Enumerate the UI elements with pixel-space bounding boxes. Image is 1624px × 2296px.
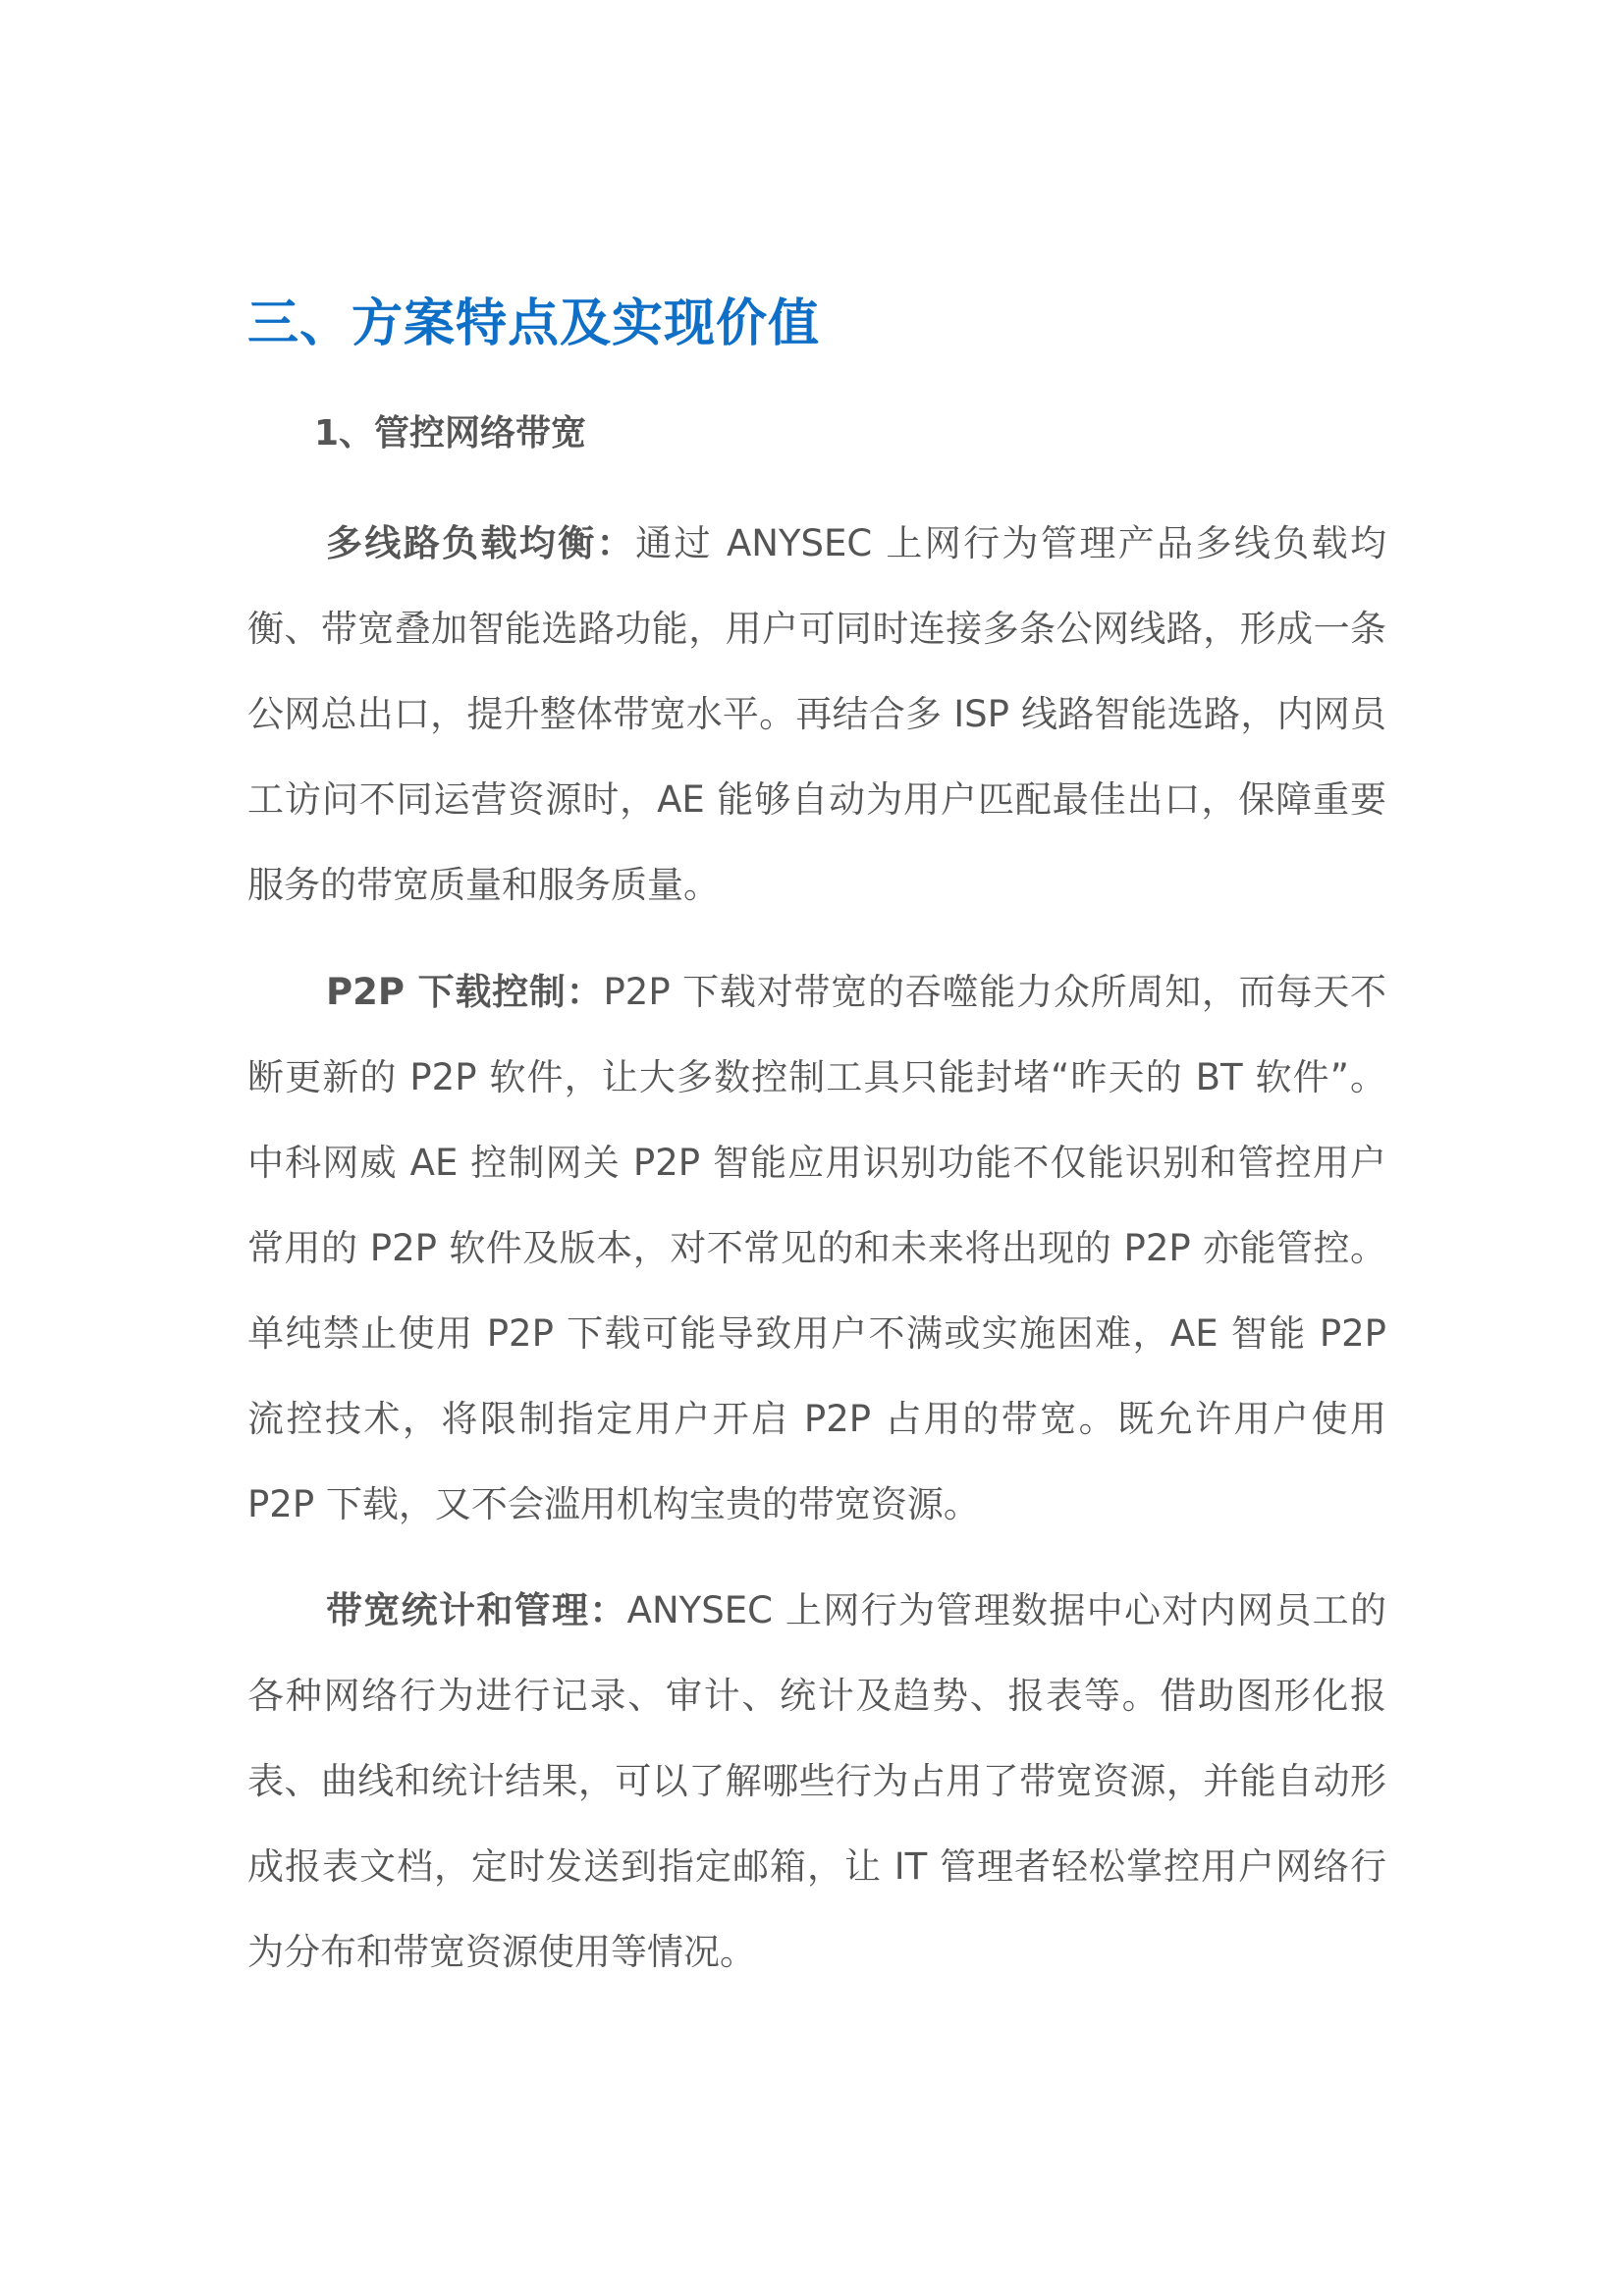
paragraph-text: 通过 ANYSEC 上网行为管理产品多线负载均衡、带宽叠加智能选路功能，用户可同… — [247, 522, 1386, 906]
paragraph-multi-line-load-balancing: 多线路负载均衡：通过 ANYSEC 上网行为管理产品多线负载均衡、带宽叠加智能选… — [247, 501, 1386, 928]
subsection-title: 1、管控网络带宽 — [314, 410, 586, 457]
section-title: 三、方案特点及实现价值 — [247, 293, 820, 355]
paragraph-bandwidth-statistics: 带宽统计和管理：ANYSEC 上网行为管理数据中心对内网员工的各种网络行为进行记… — [247, 1568, 1386, 1995]
paragraph-text: ANYSEC 上网行为管理数据中心对内网员工的各种网络行为进行记录、审计、统计及… — [247, 1589, 1386, 1973]
paragraph-lead: 带宽统计和管理： — [326, 1589, 627, 1631]
paragraph-text: P2P 下载对带宽的吞噬能力众所周知，而每天不断更新的 P2P 软件，让大多数控… — [247, 971, 1386, 1525]
paragraph-lead: P2P 下载控制： — [326, 971, 603, 1013]
paragraph-lead: 多线路负载均衡： — [326, 522, 635, 564]
paragraph-p2p-download-control: P2P 下载控制：P2P 下载对带宽的吞噬能力众所周知，而每天不断更新的 P2P… — [247, 949, 1386, 1547]
